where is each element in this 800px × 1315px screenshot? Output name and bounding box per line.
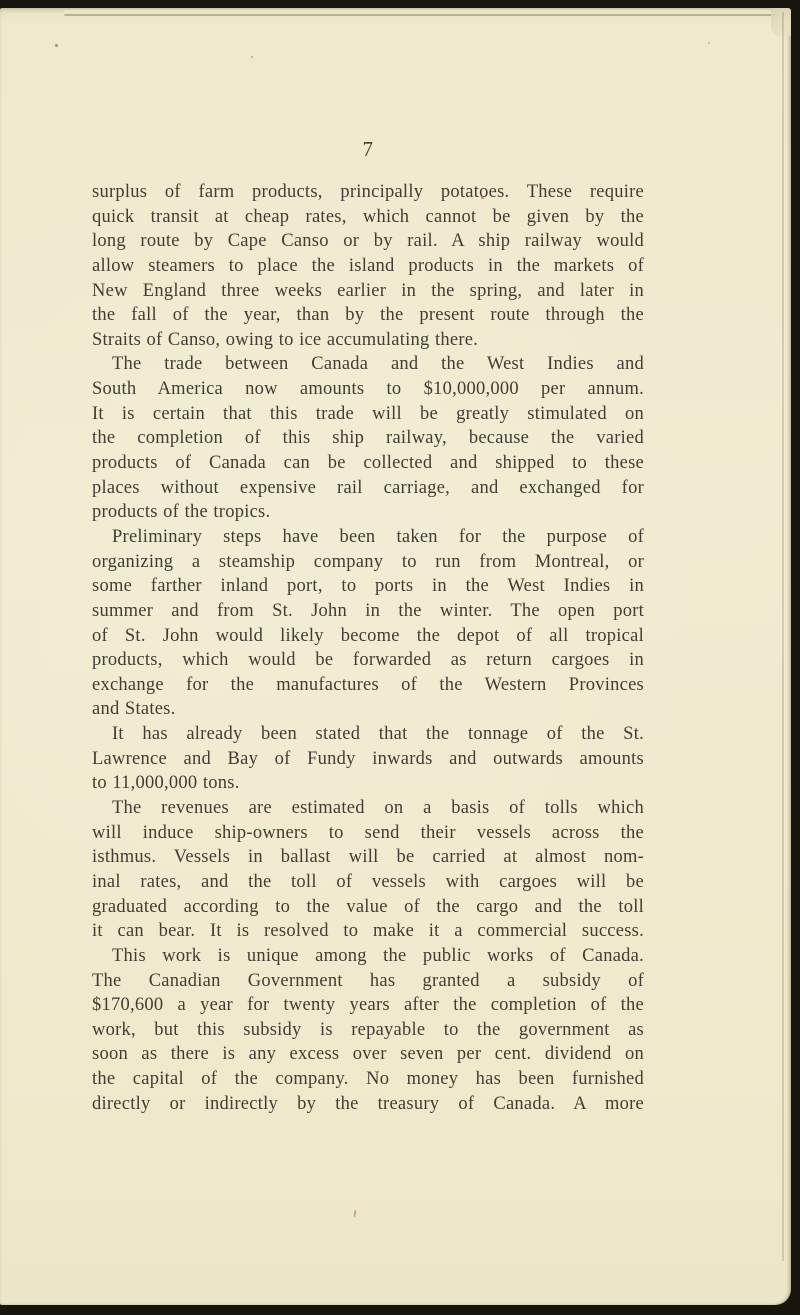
text-line: it can bear. It is resolved to make it a… bbox=[92, 919, 644, 944]
text-line: Straits of Canso, owing to ice accumulat… bbox=[92, 328, 644, 353]
page-text: surplus of farm products, principally po… bbox=[92, 180, 644, 1116]
text-line: work, but this subsidy is repayable to t… bbox=[92, 1018, 644, 1043]
text-line: South America now amounts to $10,000,000… bbox=[92, 377, 644, 402]
text-line: soon as there is any excess over seven p… bbox=[92, 1042, 644, 1067]
text-line: inal rates, and the toll of vessels with… bbox=[92, 870, 644, 895]
text-line: directly or indirectly by the treasury o… bbox=[92, 1092, 644, 1117]
text-line: The trade between Canada and the West In… bbox=[92, 352, 644, 377]
text-line: products of Canada can be collected and … bbox=[92, 451, 644, 476]
text-line: $170,600 a year for twenty years after t… bbox=[92, 993, 644, 1018]
text-line: The revenues are estimated on a basis of… bbox=[92, 796, 644, 821]
text-line: will induce ship-owners to send their ve… bbox=[92, 821, 644, 846]
text-line: Lawrence and Bay of Fundy inwards and ou… bbox=[92, 747, 644, 772]
paper-speck bbox=[354, 1210, 357, 1217]
text-line: products, which would be forwarded as re… bbox=[92, 648, 644, 673]
text-line: the capital of the company. No money has… bbox=[92, 1067, 644, 1092]
text-line: graduated according to the value of the … bbox=[92, 895, 644, 920]
text-line: places without expensive rail carriage, … bbox=[92, 476, 644, 501]
text-line: This work is unique among the public wor… bbox=[92, 944, 644, 969]
text-line: allow steamers to place the island produ… bbox=[92, 254, 644, 279]
text-line: quick transit at cheap rates, which cann… bbox=[92, 205, 644, 230]
text-line: It is certain that this trade will be gr… bbox=[92, 402, 644, 427]
page-top-edge bbox=[64, 10, 775, 16]
text-line: Preliminary steps have been taken for th… bbox=[92, 525, 644, 550]
scanned-book-page: 7 surplus of farm products, principally … bbox=[0, 0, 800, 1315]
text-line: It has already been stated that the tonn… bbox=[92, 722, 644, 747]
text-line: The Canadian Government has granted a su… bbox=[92, 969, 644, 994]
paper-speck bbox=[481, 196, 484, 199]
text-line: organizing a steamship company to run fr… bbox=[92, 550, 644, 575]
paper-speck bbox=[708, 42, 710, 44]
page-number: 7 bbox=[92, 134, 644, 164]
paper-speck bbox=[55, 44, 58, 47]
text-line: the fall of the year, than by the presen… bbox=[92, 303, 644, 328]
text-line: New England three weeks earlier in the s… bbox=[92, 279, 644, 304]
text-line: long route by Cape Canso or by rail. A s… bbox=[92, 229, 644, 254]
page-right-edge bbox=[782, 12, 784, 1261]
text-line: to 11,000,000 tons. bbox=[92, 771, 644, 796]
text-line: exchange for the manufactures of the Wes… bbox=[92, 673, 644, 698]
paper-speck bbox=[251, 56, 253, 58]
page-corner-edge bbox=[771, 8, 791, 36]
text-line: the completion of this ship railway, bec… bbox=[92, 426, 644, 451]
text-line: some farther inland port, to ports in th… bbox=[92, 574, 644, 599]
text-line: of St. John would likely become the depo… bbox=[92, 624, 644, 649]
text-line: surplus of farm products, principally po… bbox=[92, 180, 644, 205]
text-line: products of the tropics. bbox=[92, 500, 644, 525]
text-line: isthmus. Vessels in ballast will be carr… bbox=[92, 845, 644, 870]
text-line: and States. bbox=[92, 697, 644, 722]
text-line: summer and from St. John in the winter. … bbox=[92, 599, 644, 624]
page-paper: 7 surplus of farm products, principally … bbox=[0, 8, 791, 1305]
